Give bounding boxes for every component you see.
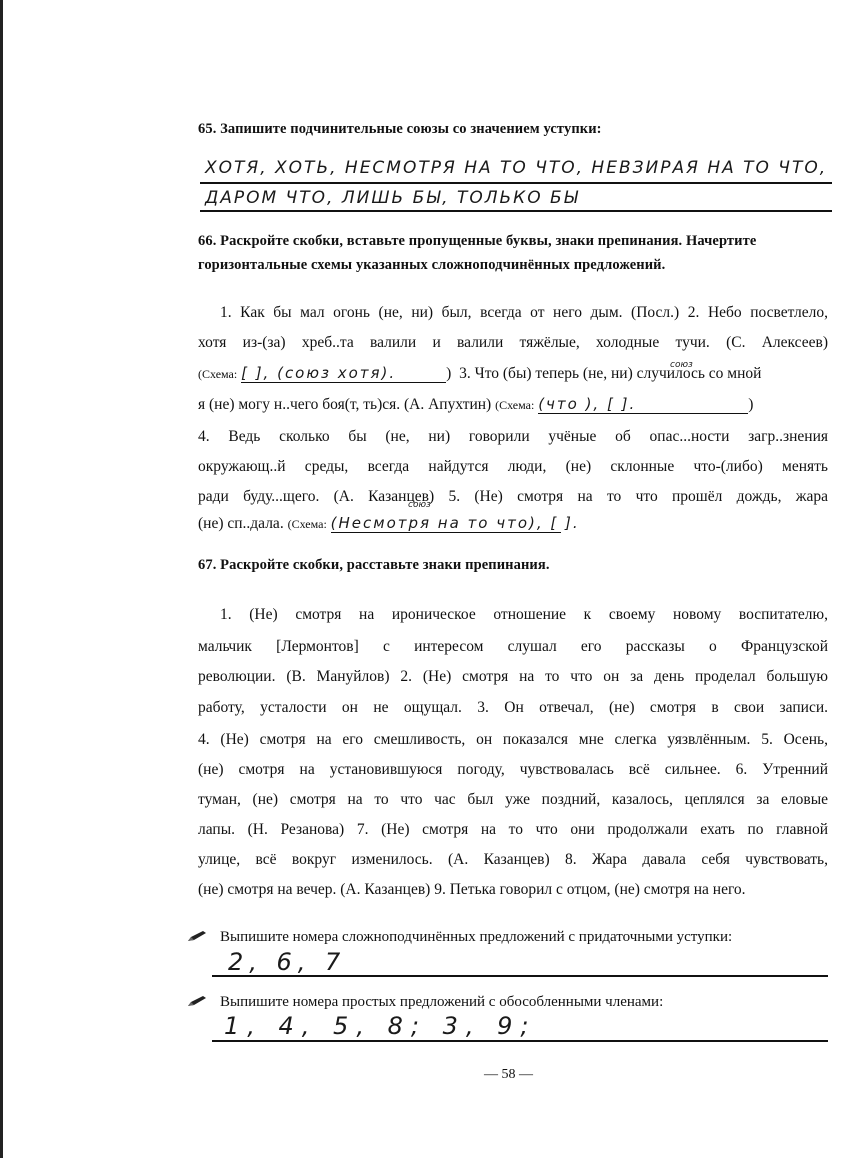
answer-underline (212, 975, 828, 977)
task-67-line-6: (не) смотря на установившуюся погоду, чу… (198, 761, 828, 779)
schema-3-answer: (Несмотря на то что), [ ]. (331, 514, 561, 533)
task-65-number: 65. (198, 121, 216, 137)
answer-underline (200, 210, 832, 212)
scan-edge (0, 0, 3, 1158)
question-1-answer: 2, 6, 7 (228, 948, 346, 976)
pencil-icon (187, 930, 207, 942)
task-66-line-4: я (не) могу н..чего боя(т, ть)ся. (А. Ап… (198, 395, 834, 414)
task-67-number: 67. (198, 557, 216, 573)
task-67-line-7: туман, (не) смотря на то что час был уже… (198, 791, 828, 809)
task-66-line-5: 4. Ведь сколько бы (не, ни) говорили учё… (198, 428, 828, 446)
task-66-line-6: окружающ..й среды, всегда найдутся люди,… (198, 458, 828, 476)
task-66-line-1: 1. Как бы мал огонь (не, ни) был, всегда… (198, 304, 828, 322)
answer-underline (200, 182, 832, 184)
schema-close: ) (748, 396, 753, 413)
task-67-text: Раскройте скобки, расставьте знаки препи… (220, 557, 549, 573)
task-66-line-7: ради буду...щего. (А. Казанцев) 5. (Не) … (198, 488, 828, 506)
pencil-icon (187, 995, 207, 1007)
task-66-line-3: (Схема: [ ], (союз хотя).) 3. Что (бы) т… (198, 364, 834, 383)
task-67-line-9: улице, всё вокруг изменилось. (А. Казанц… (198, 851, 828, 869)
task-65-text: Запишите подчинительные союзы со значени… (220, 121, 601, 137)
schema-1-answer: [ ], (союз хотя). (241, 364, 446, 383)
task-67-line-4: работу, усталости он не ощущал. 3. Он от… (198, 699, 828, 717)
task-67-line-8: лапы. (Н. Резанова) 7. (Не) смотря на то… (198, 821, 828, 839)
schema-label: (Схема: (495, 398, 534, 412)
task-67-line-5: 4. (Не) смотря на его смешливость, он по… (198, 731, 828, 749)
sentence-3-end: я (не) могу н..чего боя(т, ть)ся. (А. Ап… (198, 396, 491, 413)
task-66-number: 66. (198, 233, 216, 249)
sentence-3-start: 3. Что (бы) теперь (не, ни) случилось со… (459, 365, 761, 382)
task-67-line-10: (не) смотря на вечер. (А. Казанцев) 9. П… (198, 881, 828, 899)
task-65-answer-line-1: ХОТЯ, ХОТЬ, НЕСМОТРЯ НА ТО ЧТО, НЕВЗИРАЯ… (205, 158, 827, 178)
sentence-5-end: (не) сп..дала. (198, 515, 284, 532)
task-66-heading-text: Раскройте скобки, вставьте пропущенные б… (220, 233, 756, 249)
task-67-line-1: 1. (Не) смотря на ироническое отношение … (198, 606, 828, 624)
schema-label: (Схема: (198, 367, 237, 381)
task-65-heading: 65. Запишите подчинительные союзы со зна… (198, 121, 602, 138)
task-66-heading-line-1: 66. Раскройте скобки, вставьте пропущенн… (198, 233, 756, 250)
task-67-line-2: мальчик [Лермонтов] с интересом слушал е… (198, 638, 828, 656)
task-66-line-2: хотя из-(за) хреб..та валили и валили тя… (198, 334, 828, 352)
soyuz-annotation-2: союз (408, 500, 431, 510)
answer-underline (212, 1040, 828, 1042)
question-2-prompt: Выпишите номера простых предложений с об… (220, 994, 663, 1011)
task-66-line-8: (не) сп..дала. (Схема: (Несмотря на то ч… (198, 514, 561, 533)
question-1-prompt: Выпишите номера сложноподчинённых предло… (220, 929, 732, 946)
schema-label: (Схема: (288, 517, 327, 531)
schema-2-answer: (что ), [ ]. (538, 395, 748, 414)
page-number: — 58 — (484, 1067, 533, 1083)
task-67-heading: 67. Раскройте скобки, расставьте знаки п… (198, 557, 550, 574)
question-2-answer: 1, 4, 5, 8; 3, 9; (224, 1012, 536, 1040)
soyuz-annotation: союз (670, 360, 693, 370)
task-65-answer-line-2: ДАРОМ ЧТО, ЛИШЬ БЫ, ТОЛЬКО БЫ (205, 188, 580, 208)
task-66-heading-line-2: горизонтальные схемы указанных сложнопод… (198, 257, 665, 274)
task-67-line-3: революции. (В. Мануйлов) 2. (Не) смотря … (198, 668, 828, 686)
